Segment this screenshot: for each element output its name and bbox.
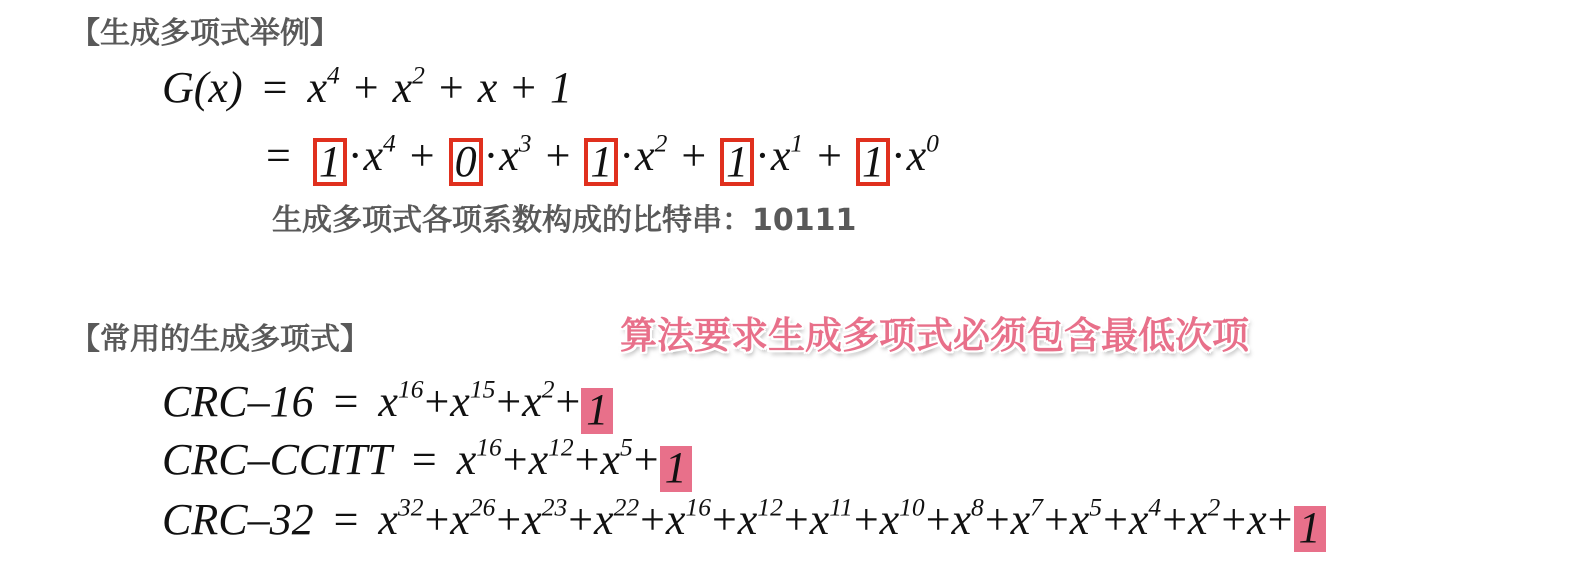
term: x (478, 63, 498, 112)
multiply-dot: · (619, 134, 634, 178)
term: 1 (550, 63, 572, 112)
equation-gx-expanded: =1·x4+0·x3+1·x2+1·x1+1·x0 (266, 134, 939, 186)
equals-sign: = (334, 380, 359, 424)
bitstring-label: 生成多项式各项系数构成的比特串：10111 (272, 195, 856, 239)
plus-sign: + (681, 134, 706, 178)
plus-sign: + (354, 66, 379, 110)
coefficient-box: 0 (449, 138, 483, 186)
polynomial-name: CRC–32 (162, 495, 314, 544)
coefficient-box: 1 (584, 138, 618, 186)
plus-sign: + (439, 66, 464, 110)
polynomial-crc32: CRC–32=x32+x26+x23+x22+x16+x12+x11+x10+x… (162, 498, 1326, 552)
section-heading-example: 【生成多项式举例】 (70, 8, 340, 52)
highlight-constant-term: 1 (581, 388, 613, 434)
equation-lhs: G(x) (162, 63, 243, 112)
term: x4 (307, 63, 339, 112)
section-heading-common-polynomials: 【常用的生成多项式】 (70, 314, 370, 358)
polynomial-crc16: CRC–16=x16+x15+x2+1 (162, 380, 613, 434)
multiply-dot: · (891, 134, 906, 178)
term: x2 (393, 63, 425, 112)
annotation-note: 算法要求生成多项式必须包含最低次项 (620, 305, 1249, 359)
plus-sign: + (511, 66, 536, 110)
polynomial-name: CRC–CCITT (162, 435, 392, 484)
equals-sign: = (263, 66, 288, 110)
multiply-dot: · (484, 134, 499, 178)
polynomial-crc-ccitt: CRC–CCITT=x16+x12+x5+1 (162, 438, 692, 492)
highlight-constant-term: 1 (1294, 506, 1326, 552)
multiply-dot: · (755, 134, 770, 178)
polynomial-name: CRC–16 (162, 377, 314, 426)
equation-gx-definition: G(x)=x4+x2+x+1 (162, 66, 572, 110)
plus-sign: + (410, 134, 435, 178)
plus-sign: + (546, 134, 571, 178)
plus-sign: + (817, 134, 842, 178)
highlight-constant-term: 1 (660, 446, 692, 492)
equals-sign: = (266, 131, 291, 180)
coefficient-box: 1 (856, 138, 890, 186)
multiply-dot: · (348, 134, 363, 178)
equals-sign: = (334, 498, 359, 542)
coefficient-box: 1 (720, 138, 754, 186)
equals-sign: = (412, 438, 437, 482)
coefficient-box: 1 (313, 138, 347, 186)
